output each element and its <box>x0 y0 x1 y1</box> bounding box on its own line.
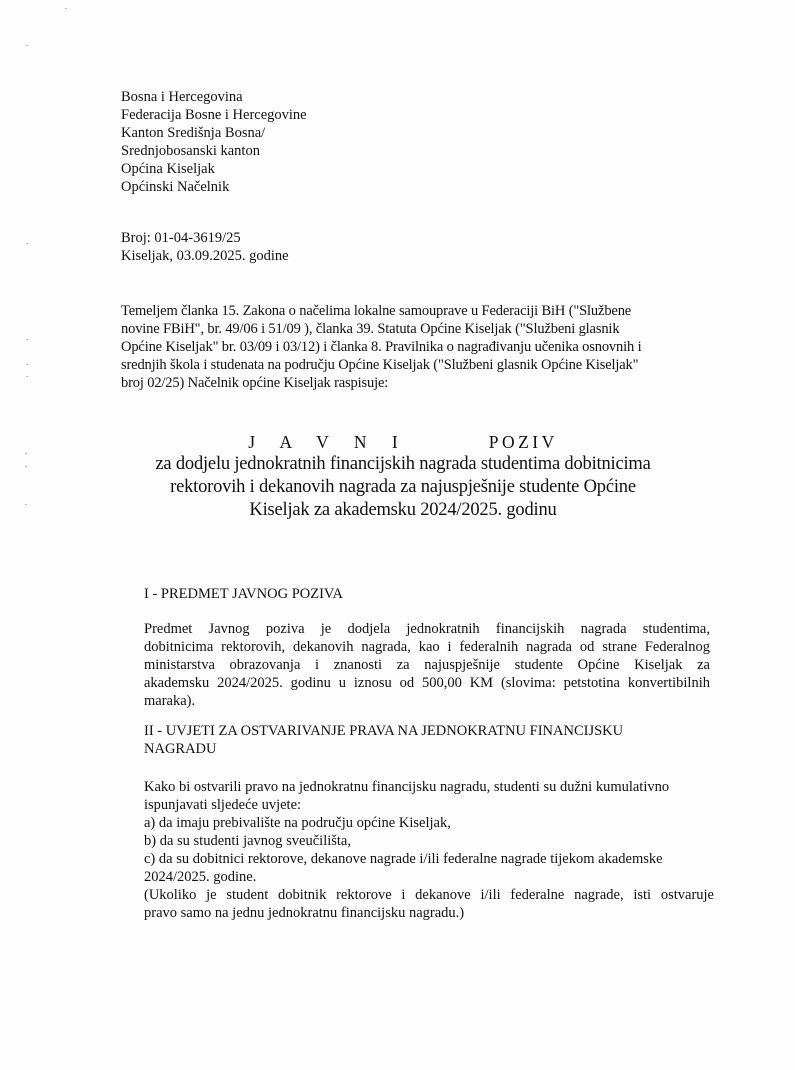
subtitle-line: rektorovih i dekanovih nagrada za najusp… <box>110 476 696 499</box>
paragraph-line: 2024/2025. godine. <box>144 868 714 886</box>
title-subtitle: za dodjelu jednokratnih financijskih nag… <box>110 453 696 522</box>
issuer-line: Srednjobosanski kanton <box>121 142 307 160</box>
heading-line: II - UVJETI ZA OSTVARIVANJE PRAVA NA JED… <box>144 722 623 740</box>
scan-speck <box>65 8 67 9</box>
issuer-line: Općina Kiseljak <box>121 160 307 178</box>
reference-number: Broj: 01-04-3619/25 <box>121 229 289 247</box>
section-heading: I - PREDMET JAVNOG POZIVA <box>144 585 343 603</box>
paragraph-line: ministarstva obrazovanja i znanosti za n… <box>144 656 710 674</box>
note-line: (Ukoliko je student dobitnik rektorove i… <box>144 886 714 904</box>
preamble-line: broj 02/25) Načelnik općine Kiseljak ras… <box>121 374 721 392</box>
document-page: Bosna i Hercegovina Federacija Bosne i H… <box>0 0 795 1070</box>
scan-speck <box>25 453 27 454</box>
section-paragraph: Predmet Javnog poziva je dodjela jednokr… <box>144 620 710 710</box>
issuer-header: Bosna i Hercegovina Federacija Bosne i H… <box>121 88 307 196</box>
condition-item: c) da su dobitnici rektorove, dekanove n… <box>144 850 714 868</box>
condition-item: b) da su studenti javnog sveučilišta, <box>144 832 714 850</box>
note-line: pravo samo na jednu jednokratnu financij… <box>144 904 714 922</box>
paragraph-line: ispunjavati sljedeće uvjete: <box>144 796 714 814</box>
preamble-line: novine FBiH", br. 49/06 i 51/09 ), člank… <box>121 320 721 338</box>
title-main: J A V N I POZIV <box>110 431 696 453</box>
scan-speck <box>25 466 27 467</box>
issuer-line: Kanton Središnja Bosna/ <box>121 124 307 142</box>
scan-speck <box>26 243 28 244</box>
paragraph-line: maraka). <box>144 692 710 710</box>
section-heading: II - UVJETI ZA OSTVARIVANJE PRAVA NA JED… <box>144 722 623 758</box>
scan-speck <box>26 364 28 365</box>
scan-speck <box>26 45 28 46</box>
paragraph-line: akademsku 2024/2025. godinu u iznosu od … <box>144 674 710 692</box>
paragraph-line: Kako bi ostvarili pravo na jednokratnu f… <box>144 778 714 796</box>
subtitle-line: Kiseljak za akademsku 2024/2025. godinu <box>110 499 696 522</box>
preamble-line: Općine Kiseljak" br. 03/09 i 03/12) i čl… <box>121 338 721 356</box>
section-paragraph: Kako bi ostvarili pravo na jednokratnu f… <box>144 778 714 922</box>
scan-speck <box>26 339 28 340</box>
paragraph-line: dobitnicima rektorovih, dekanovih nagrad… <box>144 638 710 656</box>
scan-speck <box>26 376 28 377</box>
document-title: J A V N I POZIV za dodjelu jednokratnih … <box>110 431 696 522</box>
preamble-line: srednjih škola i studenata na području O… <box>121 356 721 374</box>
preamble-line: Temeljem članka 15. Zakona o načelima lo… <box>121 302 721 320</box>
preamble-paragraph: Temeljem članka 15. Zakona o načelima lo… <box>121 302 721 392</box>
paragraph-line: Predmet Javnog poziva je dodjela jednokr… <box>144 620 710 638</box>
heading-line: NAGRADU <box>144 740 623 758</box>
scan-speck <box>25 504 27 505</box>
issuer-line: Federacija Bosne i Hercegovine <box>121 106 307 124</box>
place-date: Kiseljak, 03.09.2025. godine <box>121 247 289 265</box>
subtitle-line: za dodjelu jednokratnih financijskih nag… <box>110 453 696 476</box>
condition-item: a) da imaju prebivalište na području opć… <box>144 814 714 832</box>
issuer-line: Bosna i Hercegovina <box>121 88 307 106</box>
reference-block: Broj: 01-04-3619/25 Kiseljak, 03.09.2025… <box>121 229 289 265</box>
issuer-line: Općinski Načelnik <box>121 178 307 196</box>
